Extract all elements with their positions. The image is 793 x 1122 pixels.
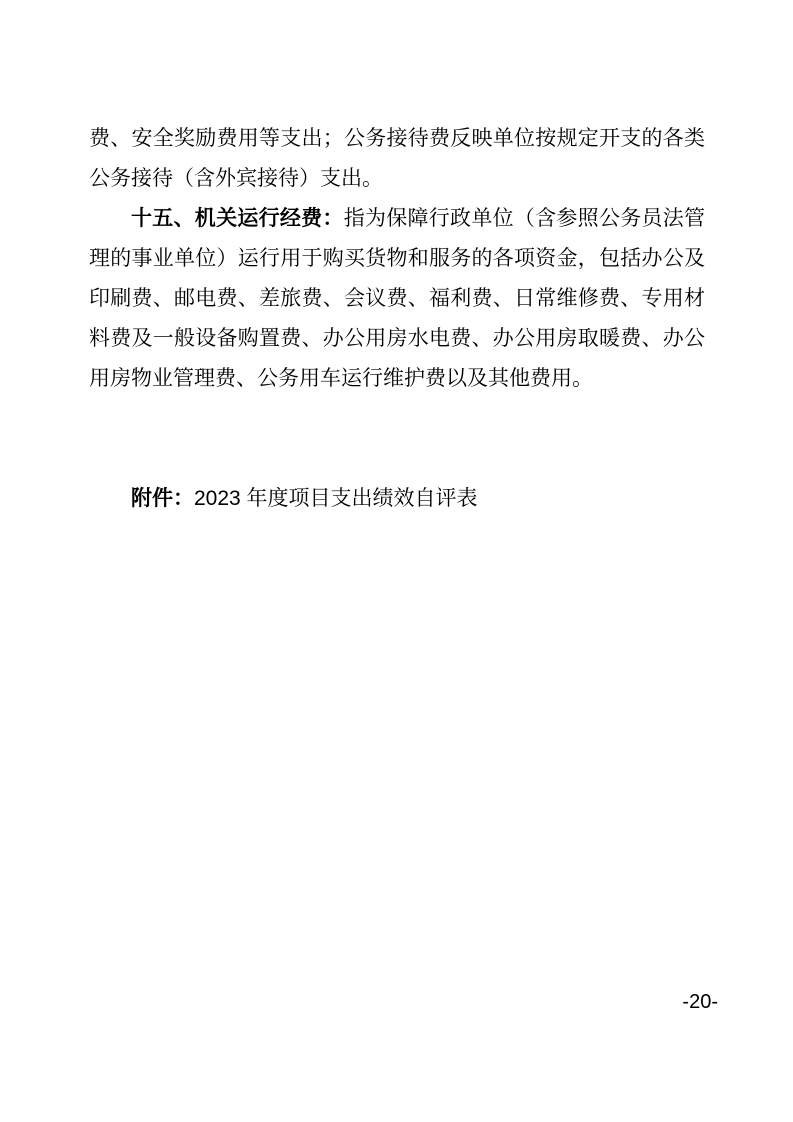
blank-lines-spacer xyxy=(89,398,705,478)
item15-paragraph-line-2: 理的事业单位）运行用于购买货物和服务的各项资金，包括办公及 xyxy=(89,238,705,278)
item15-paragraph-line-1: 十五、机关运行经费：指为保障行政单位（含参照公务员法管 xyxy=(89,198,705,238)
item15-paragraph-line-3: 印刷费、邮电费、差旅费、会议费、福利费、日常维修费、专用材 xyxy=(89,278,705,318)
attachment-title: 2023 年度项目支出绩效自评表 xyxy=(194,487,478,510)
item15-line-1-text: 指为保障行政单位（含参照公务员法管 xyxy=(344,206,705,230)
item15-heading: 十五、机关运行经费： xyxy=(131,206,344,230)
document-page: 费、安全奖励费用等支出；公务接待费反映单位按规定开支的各类 公务接待（含外宾接待… xyxy=(0,0,793,1122)
carryover-paragraph-line-2: 公务接待（含外宾接待）支出。 xyxy=(89,158,705,198)
item15-paragraph-line-4: 料费及一般设备购置费、办公用房水电费、办公用房取暖费、办公 xyxy=(89,318,705,358)
item15-paragraph-line-5: 用房物业管理费、公务用车运行维护费以及其他费用。 xyxy=(89,358,705,398)
attachment-label: 附件： xyxy=(131,486,194,510)
document-body: 费、安全奖励费用等支出；公务接待费反映单位按规定开支的各类 公务接待（含外宾接待… xyxy=(89,118,705,518)
page-number: -20- xyxy=(682,991,718,1013)
carryover-paragraph-line-1: 费、安全奖励费用等支出；公务接待费反映单位按规定开支的各类 xyxy=(89,118,705,158)
attachment-line: 附件：2023 年度项目支出绩效自评表 xyxy=(89,478,705,518)
